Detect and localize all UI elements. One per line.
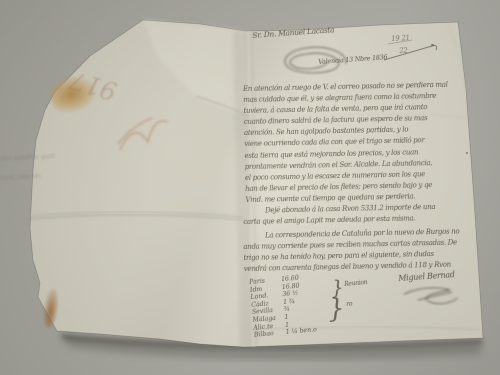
rate-value: 1 xyxy=(285,321,290,328)
dust-speck xyxy=(466,152,468,154)
pencil-annotation-top: 19 21 xyxy=(391,34,410,43)
rate-list: París 16.60 Idm 16.80 Lond. 36 ½ Cádiz 1… xyxy=(249,273,317,339)
rate-brace-2-note: ro xyxy=(346,300,352,307)
body-paragraph-3: La correspondencia de Cataluña por lo nu… xyxy=(243,226,460,275)
rate-value: 1 xyxy=(284,314,289,321)
pencil-annotation-bottom: 22 xyxy=(399,47,408,55)
body-paragraph-1: En atención al ruego de V. el correo pas… xyxy=(243,80,450,206)
letter-photo: Sr. Dn. Manuel Lacasta 19 21 22 Valencia… xyxy=(0,0,500,375)
dust-speck xyxy=(431,44,434,46)
rate-value: ¾ xyxy=(283,306,290,313)
rate-brace-2: } xyxy=(327,293,346,324)
body-paragraph-2: Dejé abonado á la casa Rvon 5331.2 impor… xyxy=(243,202,436,228)
